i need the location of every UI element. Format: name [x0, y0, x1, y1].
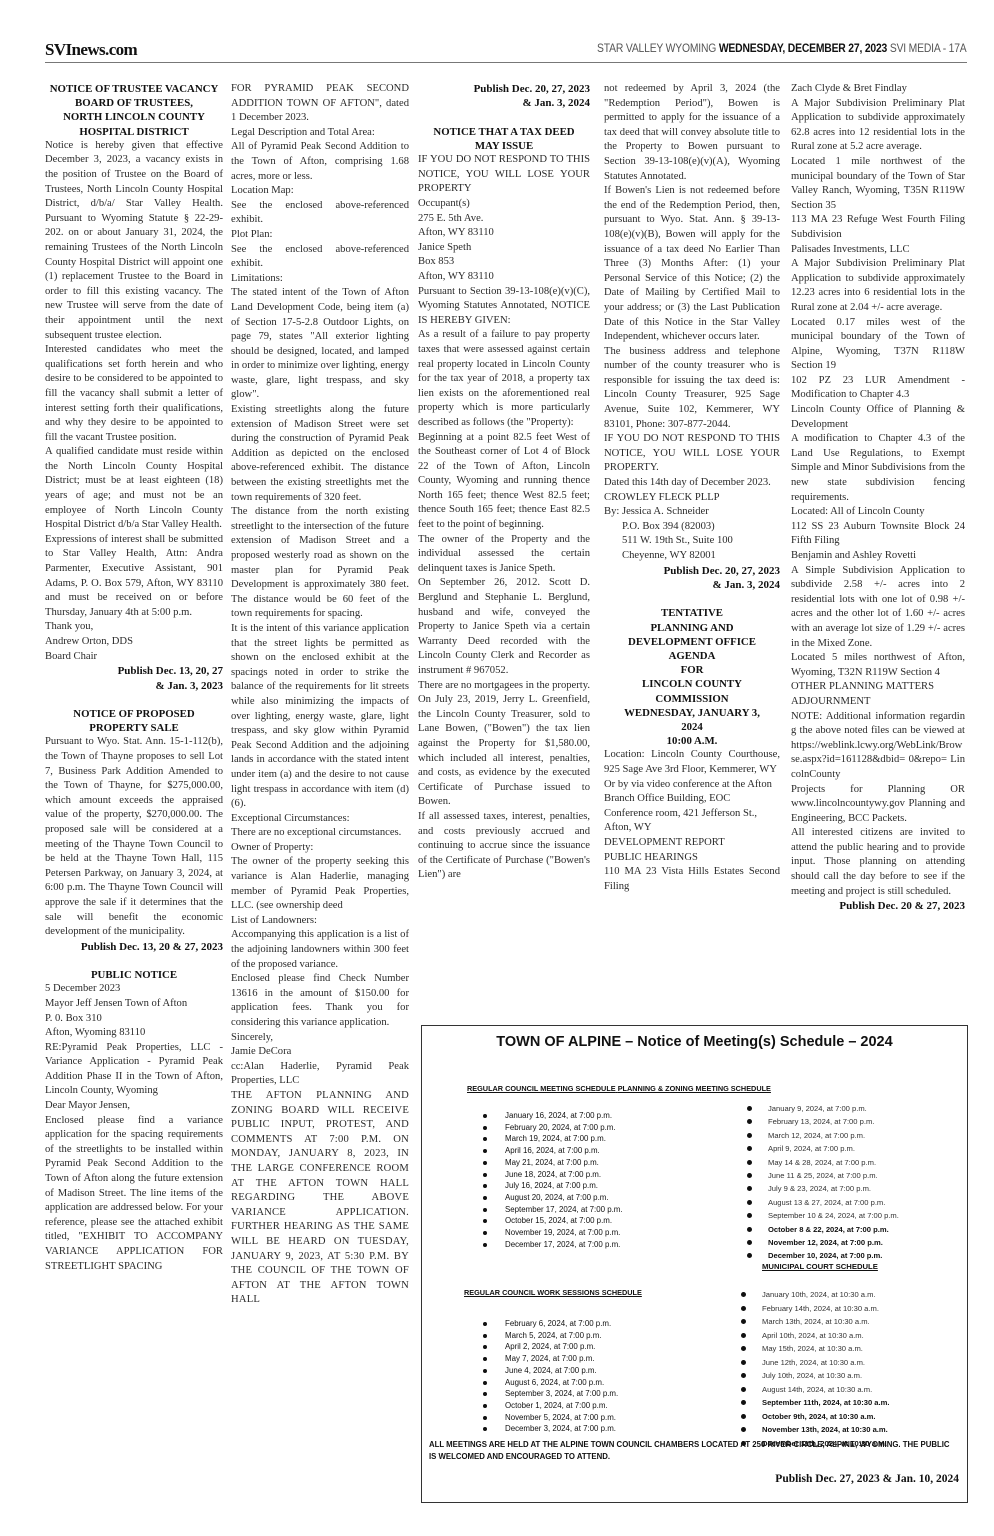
alpine-schedule-box: TOWN OF ALPINE – Notice of Meeting(s) Sc… — [421, 1025, 968, 1503]
notice-heading: PLANNING AND — [604, 621, 780, 635]
list-item: August 6, 2024, at 7:00 p.m. — [505, 1377, 618, 1389]
notice-paragraph: Enclosed please find a variance applicat… — [45, 1114, 223, 1275]
section-label: Legal Description and Total Area: — [231, 126, 409, 141]
notice-paragraph: There are no mortgagees in the property. — [418, 679, 590, 694]
bullet-icon — [483, 1173, 487, 1177]
list-item: March 19, 2024, at 7:00 p.m. — [505, 1133, 623, 1145]
bullet-icon — [483, 1161, 487, 1165]
agenda-note: Projects for Planning OR www.lincolncoun… — [791, 783, 965, 827]
notice-paragraph: The owner of the property seeking this v… — [231, 855, 409, 913]
firm-name: CROWLEY FLECK PLLP — [604, 491, 780, 506]
bullet-icon — [483, 1404, 487, 1408]
list-item: February 14th, 2024, at 10:30 a.m. — [762, 1302, 889, 1316]
notice-paragraph: Accompanying this application is a list … — [231, 928, 409, 972]
agenda-note: All interested citizens are invited to a… — [791, 826, 965, 899]
bullet-icon — [741, 1373, 746, 1378]
list-item: October 8 & 22, 2024, at 7:00 p.m. — [768, 1223, 899, 1236]
bullet-icon — [747, 1200, 752, 1205]
council-meeting-list: January 16, 2024, at 7:00 p.m. February … — [505, 1110, 623, 1250]
column-1: NOTICE OF TRUSTEE VACANCY BOARD OF TRUST… — [45, 82, 223, 1274]
bullet-icon — [747, 1160, 752, 1165]
bullet-icon — [483, 1208, 487, 1212]
agenda-item: 110 MA 23 Vista Hills Estates Second Fil… — [604, 865, 780, 894]
list-item: November 5, 2024, at 7:00 p.m. — [505, 1412, 618, 1424]
property-sale-notice: NOTICE OF PROPOSED PROPERTY SALE Pursuan… — [45, 707, 223, 954]
notice-paragraph: The business address and telephone numbe… — [604, 345, 780, 433]
list-item: January 9, 2024, at 7:00 p.m. — [768, 1102, 899, 1115]
addressee: Mayor Jeff Jensen Town of Afton — [45, 997, 223, 1012]
bullet-icon — [483, 1392, 487, 1396]
list-item: October 9th, 2024, at 10:30 a.m. — [762, 1410, 889, 1424]
address-line: Afton, Wyoming 83110 — [45, 1026, 223, 1041]
list-item: September 10 & 24, 2024, at 7:00 p.m. — [768, 1209, 899, 1222]
notice-heading: 2024 — [604, 720, 780, 734]
bullet-icon — [483, 1381, 487, 1385]
dated-line: Dated this 14th day of December 2023. — [604, 476, 780, 491]
list-item: September 3, 2024, at 7:00 p.m. — [505, 1388, 618, 1400]
work-session-heading: REGULAR COUNCIL WORK SESSIONS SCHEDULE — [464, 1288, 642, 1297]
bullet-icon — [741, 1319, 746, 1324]
address-line: P. 0. Box 310 — [45, 1012, 223, 1027]
list-item: December 3, 2024, at 7:00 p.m. — [505, 1423, 618, 1435]
list-item: February 20, 2024, at 7:00 p.m. — [505, 1122, 623, 1134]
agenda-item: A Major Subdivision Preliminary Plat App… — [791, 97, 965, 155]
alpine-schedule-title: TOWN OF ALPINE – Notice of Meeting(s) Sc… — [422, 1034, 967, 1050]
agenda-item: Located 5 miles northwest of Afton, Wyom… — [791, 651, 965, 680]
notice-paragraph: not redeemed by April 3, 2024 (the "Rede… — [604, 82, 780, 184]
bullet-icon — [741, 1292, 746, 1297]
notice-heading: TENTATIVE — [604, 606, 780, 620]
publish-dates: Publish Dec. 20, 27, 2023 — [604, 564, 780, 578]
bullet-icon — [483, 1126, 487, 1130]
section-label: Plot Plan: — [231, 228, 409, 243]
schedule-subheads: REGULAR COUNCIL MEETING SCHEDULE PLANNIN… — [467, 1084, 771, 1093]
closing-line: Sincerely, — [231, 1031, 409, 1046]
bullet-icon — [747, 1227, 752, 1232]
bullet-icon — [747, 1240, 752, 1245]
notice-heading: COMMISSION — [604, 692, 780, 706]
address-line: 511 W. 19th St., Suite 100 — [604, 534, 780, 549]
list-item: July 9 & 23, 2024, at 7:00 p.m. — [768, 1182, 899, 1195]
list-item: March 5, 2024, at 7:00 p.m. — [505, 1330, 618, 1342]
list-item: March 13th, 2024, at 10:30 a.m. — [762, 1315, 889, 1329]
work-session-list: February 6, 2024, at 7:00 p.m. March 5, … — [505, 1318, 618, 1435]
list-item: May 7, 2024, at 7:00 p.m. — [505, 1353, 618, 1365]
list-item: November 12, 2024, at 7:00 p.m. — [768, 1236, 899, 1249]
list-item: May 15th, 2024, at 10:30 a.m. — [762, 1342, 889, 1356]
list-item: September 11th, 2024, at 10:30 a.m. — [762, 1396, 889, 1410]
notice-paragraph: It is the intent of this variance applic… — [231, 622, 409, 812]
list-item: May 21, 2024, at 7:00 p.m. — [505, 1157, 623, 1169]
bullet-icon — [741, 1387, 746, 1392]
trustee-vacancy-notice: NOTICE OF TRUSTEE VACANCY BOARD OF TRUST… — [45, 82, 223, 693]
agenda-item: Located 0.17 miles west of the municipal… — [791, 316, 965, 374]
list-item: August 13 & 27, 2024, at 7:00 p.m. — [768, 1196, 899, 1209]
bullet-icon — [483, 1196, 487, 1200]
bullet-icon — [483, 1137, 487, 1141]
list-item: August 20, 2024, at 7:00 p.m. — [505, 1192, 623, 1204]
list-item: April 16, 2024, at 7:00 p.m. — [505, 1145, 623, 1157]
agenda-item: Palisades Investments, LLC — [791, 243, 965, 258]
notice-heading: NORTH LINCOLN COUNTY HOSPITAL DISTRICT — [45, 110, 223, 138]
notice-paragraph: Interested candidates who meet the quali… — [45, 343, 223, 445]
publish-dates: Publish Dec. 20 & 27, 2023 — [791, 899, 965, 913]
signatory-name: By: Jessica A. Schneider — [604, 505, 780, 520]
dateline: STAR VALLEY WYOMING WEDNESDAY, DECEMBER … — [598, 43, 967, 55]
region-label: STAR VALLEY WYOMING — [598, 43, 717, 55]
address-line: Occupant(s) — [418, 197, 590, 212]
notice-paragraph: As a result of a failure to pay property… — [418, 328, 590, 430]
agenda-note: NOTE: Additional information regarding t… — [791, 710, 965, 783]
notice-heading: WEDNESDAY, JANUARY 3, — [604, 706, 780, 720]
list-item: December 17, 2024, at 7:00 p.m. — [505, 1239, 623, 1251]
notice-paragraph: FOR PYRAMID PEAK SECOND ADDITION TOWN OF… — [231, 82, 409, 126]
council-schedule-heading: REGULAR COUNCIL MEETING SCHEDULE — [467, 1084, 616, 1093]
tax-deed-notice: NOTICE THAT A TAX DEED MAY ISSUE IF YOU … — [418, 125, 590, 883]
notice-heading: 10:00 A.M. — [604, 734, 780, 748]
column-2: FOR PYRAMID PEAK SECOND ADDITION TOWN OF… — [231, 82, 409, 1308]
planning-agenda-notice: TENTATIVE PLANNING AND DEVELOPMENT OFFIC… — [604, 606, 780, 894]
agenda-item: A modification to Chapter 4.3 of the Lan… — [791, 432, 965, 505]
list-item: May 14 & 28, 2024, at 7:00 p.m. — [768, 1156, 899, 1169]
notice-paragraph: There are no exceptional circumstances. — [231, 826, 409, 841]
bullet-icon — [483, 1231, 487, 1235]
publish-dates: & Jan. 3, 2024 — [418, 96, 590, 110]
address-line: Afton, WY 83110 — [418, 270, 590, 285]
bullet-icon — [747, 1213, 752, 1218]
notice-paragraph: On September 26, 2012. Scott D. Berglund… — [418, 576, 590, 678]
page-masthead: SVInews.com STAR VALLEY WYOMING WEDNESDA… — [45, 40, 967, 63]
bullet-icon — [747, 1119, 752, 1124]
list-item: February 13, 2024, at 7:00 p.m. — [768, 1115, 899, 1128]
agenda-item: DEVELOPMENT REPORT — [604, 836, 780, 851]
notice-paragraph: The distance from the north existing str… — [231, 505, 409, 622]
publish-dates: & Jan. 3, 2023 — [45, 679, 223, 693]
address-line: Cheyenne, WY 82001 — [604, 549, 780, 564]
section-label: Limitations: — [231, 272, 409, 287]
notice-paragraph: The owner of the Property and the indivi… — [418, 533, 590, 577]
column-3: Publish Dec. 20, 27, 2023 & Jan. 3, 2024… — [418, 82, 590, 883]
bullet-icon — [747, 1133, 752, 1138]
bullet-icon — [483, 1427, 487, 1431]
notice-heading: FOR — [604, 663, 780, 677]
notice-heading: MAY ISSUE — [418, 139, 590, 153]
pz-schedule-heading: PLANNING & ZONING MEETING SCHEDULE — [618, 1084, 771, 1093]
warning-text: IF YOU DO NOT RESPOND TO THIS NOTICE, YO… — [604, 432, 780, 476]
site-name[interactable]: SVInews.com — [45, 40, 137, 60]
list-item: April 10th, 2024, at 10:30 a.m. — [762, 1329, 889, 1343]
agenda-item: A Simple Subdivision Application to subd… — [791, 564, 965, 652]
agenda-item: Lincoln County Office of Planning & Deve… — [791, 403, 965, 432]
bullet-icon — [483, 1114, 487, 1118]
bullet-icon — [747, 1253, 752, 1258]
warning-text: IF YOU DO NOT RESPOND TO THIS NOTICE, YO… — [418, 153, 590, 197]
list-item: January 10th, 2024, at 10:30 a.m. — [762, 1288, 889, 1302]
list-item: June 12th, 2024, at 10:30 a.m. — [762, 1356, 889, 1370]
bullet-icon — [483, 1219, 487, 1223]
notice-heading: AGENDA — [604, 649, 780, 663]
issue-date: WEDNESDAY, DECEMBER 27, 2023 — [719, 43, 887, 55]
list-item: July 16, 2024, at 7:00 p.m. — [505, 1180, 623, 1192]
notice-paragraph: Expressions of interest shall be submitt… — [45, 533, 223, 621]
notice-paragraph: Enclosed please find Check Number 13616 … — [231, 972, 409, 1030]
bullet-icon — [741, 1333, 746, 1338]
bullet-icon — [483, 1334, 487, 1338]
closing-line: Thank you, — [45, 620, 223, 635]
publish-dates: Publish Dec. 20, 27, 2023 — [418, 82, 590, 96]
bullet-icon — [747, 1186, 752, 1191]
notice-heading: NOTICE OF PROPOSED — [45, 707, 223, 721]
signatory-name: Jamie DeCora — [231, 1045, 409, 1060]
cc-line: cc:Alan Haderlie, Pyramid Peak Propertie… — [231, 1060, 409, 1089]
re-line: RE:Pyramid Peak Properties, LLC - Varian… — [45, 1041, 223, 1099]
list-item: July 10th, 2024, at 10:30 a.m. — [762, 1369, 889, 1383]
agenda-item: Located: All of Lincoln County — [791, 505, 965, 520]
agenda-item: 102 PZ 23 LUR Amendment - Modification t… — [791, 374, 965, 403]
notice-paragraph: See the enclosed above-referenced exhibi… — [231, 199, 409, 228]
notice-paragraph: Pursuant to Wyo. Stat. Ann. 15-1-112(b),… — [45, 735, 223, 939]
court-schedule-heading: MUNICIPAL COURT SCHEDULE — [762, 1262, 878, 1271]
list-item: April 2, 2024, at 7:00 p.m. — [505, 1341, 618, 1353]
bullet-icon — [483, 1357, 487, 1361]
letter-date: 5 December 2023 — [45, 982, 223, 997]
bullet-icon — [483, 1416, 487, 1420]
list-item: February 6, 2024, at 7:00 p.m. — [505, 1318, 618, 1330]
notice-heading: BOARD OF TRUSTEES, — [45, 96, 223, 110]
bullet-icon — [747, 1146, 752, 1151]
list-item: September 17, 2024, at 7:00 p.m. — [505, 1204, 623, 1216]
bullet-icon — [741, 1414, 746, 1419]
bullet-icon — [747, 1173, 752, 1178]
bullet-icon — [483, 1322, 487, 1326]
notice-paragraph: See the enclosed above-referenced exhibi… — [231, 243, 409, 272]
bullet-icon — [741, 1306, 746, 1311]
bullet-icon — [483, 1369, 487, 1373]
list-item: January 16, 2024, at 7:00 p.m. — [505, 1110, 623, 1122]
meeting-location-note: ALL MEETINGS ARE HELD AT THE ALPINE TOWN… — [429, 1439, 959, 1463]
signatory-title: Board Chair — [45, 650, 223, 665]
publish-dates: Publish Dec. 13, 20, 27 — [45, 664, 223, 678]
agenda-item: 113 MA 23 Refuge West Fourth Filing Subd… — [791, 213, 965, 242]
bullet-icon — [483, 1149, 487, 1153]
list-item: October 1, 2024, at 7:00 p.m. — [505, 1400, 618, 1412]
section-label: Owner of Property: — [231, 841, 409, 856]
section-page: SVI MEDIA - 17A — [890, 43, 967, 55]
address-line: Afton, WY 83110 — [418, 226, 590, 241]
agenda-item: A Major Subdivision Preliminary Plat App… — [791, 257, 965, 315]
salutation: Dear Mayor Jensen, — [45, 1099, 223, 1114]
agenda-item: Or by via video conference at the Afton … — [604, 778, 780, 836]
signatory-name: Andrew Orton, DDS — [45, 635, 223, 650]
section-label: Exceptional Circumstances: — [231, 812, 409, 827]
notice-paragraph: Notice is hereby given that effective De… — [45, 139, 223, 343]
bullet-icon — [741, 1427, 746, 1432]
court-date-list: January 10th, 2024, at 10:30 a.m. Februa… — [762, 1288, 889, 1450]
list-item: November 13th, 2024, at 10:30 a.m. — [762, 1423, 889, 1437]
notice-heading: PUBLIC NOTICE — [45, 968, 223, 982]
bullet-icon — [483, 1184, 487, 1188]
list-item: December 10, 2024, at 7:00 p.m. — [768, 1249, 899, 1262]
notice-heading: PROPERTY SALE — [45, 721, 223, 735]
bullet-icon — [483, 1345, 487, 1349]
public-notice-start: PUBLIC NOTICE 5 December 2023 Mayor Jeff… — [45, 968, 223, 1274]
publish-dates: & Jan. 3, 2024 — [604, 578, 780, 592]
agenda-item: Zach Clyde & Bret Findlay — [791, 82, 965, 97]
agenda-item: PUBLIC HEARINGS — [604, 851, 780, 866]
section-label: List of Landowners: — [231, 914, 409, 929]
notice-paragraph: If all assessed taxes, interest, penalti… — [418, 810, 590, 883]
agenda-item: Benjamin and Ashley Rovetti — [791, 549, 965, 564]
address-line: 275 E. 5th Ave. — [418, 212, 590, 227]
notice-paragraph: Pursuant to Section 39-13-108(e)(v)(C), … — [418, 285, 590, 329]
agenda-item: Location: Lincoln County Courthouse, 925… — [604, 748, 780, 777]
notice-heading: NOTICE OF TRUSTEE VACANCY — [45, 82, 223, 96]
agenda-item: 112 SS 23 Auburn Townsite Block 24 Fifth… — [791, 520, 965, 549]
bullet-icon — [741, 1400, 746, 1405]
bullet-icon — [741, 1346, 746, 1351]
notice-paragraph: If Bowen's Lien is not redeemed before t… — [604, 184, 780, 345]
list-item: June 11 & 25, 2024, at 7:00 p.m. — [768, 1169, 899, 1182]
notice-heading: LINCOLN COUNTY — [604, 677, 780, 691]
notice-paragraph: The stated intent of the Town of Afton L… — [231, 286, 409, 403]
notice-paragraph: On July 23, 2019, Jerry L. Greenfield, t… — [418, 693, 590, 810]
column-4: not redeemed by April 3, 2024 (the "Rede… — [604, 82, 780, 894]
column-5: Zach Clyde & Bret Findlay A Major Subdiv… — [791, 82, 965, 914]
list-item: March 12, 2024, at 7:00 p.m. — [768, 1129, 899, 1142]
list-item: August 14th, 2024, at 10:30 a.m. — [762, 1383, 889, 1397]
bullet-icon — [483, 1243, 487, 1247]
address-line: Janice Speth — [418, 241, 590, 256]
list-item: April 9, 2024, at 7:00 p.m. — [768, 1142, 899, 1155]
pz-meeting-list: January 9, 2024, at 7:00 p.m. February 1… — [768, 1102, 899, 1263]
notice-paragraph: A qualified candidate must reside within… — [45, 445, 223, 533]
agenda-item: OTHER PLANNING MATTERS — [791, 680, 965, 695]
list-item: November 19, 2024, at 7:00 p.m. — [505, 1227, 623, 1239]
list-item: June 4, 2024, at 7:00 p.m. — [505, 1365, 618, 1377]
list-item: June 18, 2024, at 7:00 p.m. — [505, 1169, 623, 1181]
hearing-notice: THE AFTON PLANNING AND ZONING BOARD WILL… — [231, 1089, 409, 1308]
list-item: October 15, 2024, at 7:00 p.m. — [505, 1215, 623, 1227]
notice-paragraph: All of Pyramid Peak Second Addition to t… — [231, 140, 409, 184]
bullet-icon — [741, 1360, 746, 1365]
address-line: P.O. Box 394 (82003) — [604, 520, 780, 535]
notice-paragraph: Beginning at a point 82.5 feet West of t… — [418, 431, 590, 533]
publish-dates: Publish Dec. 27, 2023 & Jan. 10, 2024 — [775, 1473, 959, 1485]
bullet-icon — [747, 1106, 752, 1111]
publish-dates: Publish Dec. 13, 20 & 27, 2023 — [45, 940, 223, 954]
notice-heading: NOTICE THAT A TAX DEED — [418, 125, 590, 139]
agenda-item: Located 1 mile northwest of the municipa… — [791, 155, 965, 213]
section-label: Location Map: — [231, 184, 409, 199]
agenda-item: ADJOURNMENT — [791, 695, 965, 710]
address-line: Box 853 — [418, 255, 590, 270]
notice-heading: DEVELOPMENT OFFICE — [604, 635, 780, 649]
notice-paragraph: Existing streetlights along the future e… — [231, 403, 409, 505]
